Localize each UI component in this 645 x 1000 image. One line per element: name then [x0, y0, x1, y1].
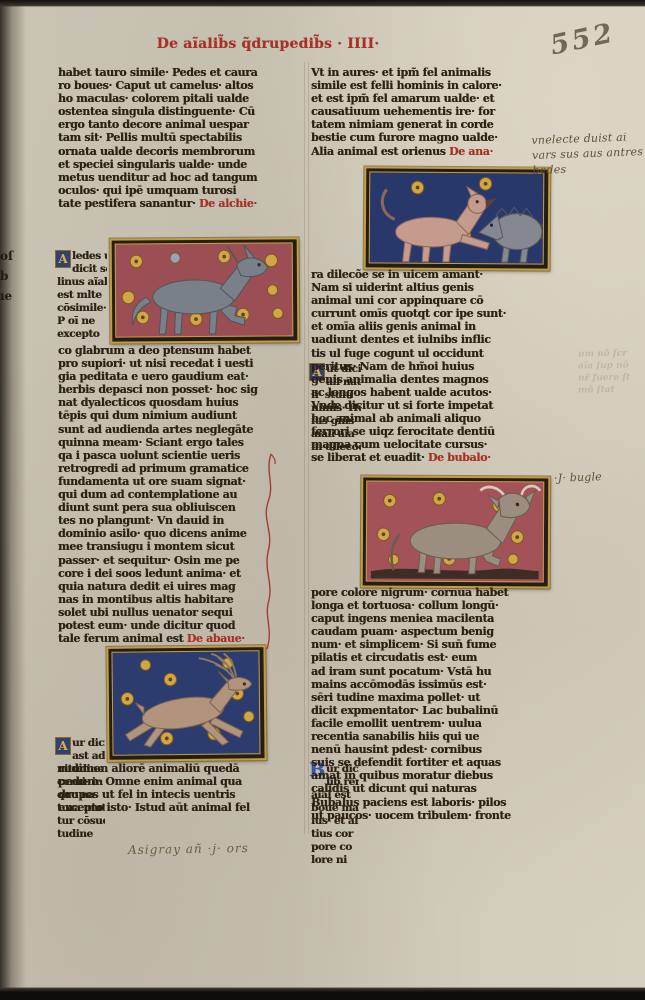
bottom-annotation: Asigray añ ·j· ors — [128, 841, 249, 857]
miniature-buffalo — [366, 481, 545, 583]
margin-note-upper: vnelecte duist aivars sus aus antresbede… — [531, 129, 645, 178]
text-line: sēri tudine maxima pollet· ut — [311, 691, 544, 704]
text-line: simile est felli hominis in calore· — [311, 79, 544, 92]
margin-note-bugle: ·J· bugle — [554, 469, 602, 486]
rubric-de-bubalo: De bubalo· — [428, 451, 491, 464]
beast-and-boar-illustration — [370, 172, 544, 263]
facing-page-fragments: oſbıe — [0, 246, 14, 306]
text-line: pore colore nigrum· cornua habet — [311, 586, 544, 599]
text-line: recentia sanabilis hiis qui ue — [311, 730, 544, 743]
text-line: drupes ut fel in intecis uentris — [58, 788, 302, 801]
text-line: P oī ne — [57, 315, 107, 328]
miniature-beast-boar — [369, 171, 545, 264]
paragraph-end-text: se liberat et euadit· — [311, 451, 428, 464]
text-line: tur cōsue — [57, 815, 105, 828]
text-line: calidis ut dicunt qui naturas — [311, 782, 544, 795]
text-line: sunt ad audienda artes neglegāte — [58, 423, 302, 436]
text-line: ra dilecõe se in uicem amant· — [311, 268, 544, 281]
text-line: pro supiori· ut nisi recedat i uesti — [58, 357, 302, 370]
text-line: magna cum uelocitate cursus· — [311, 438, 544, 451]
showthrough-line: mõ ſtat — [578, 383, 642, 396]
edge-mark: oſ — [0, 246, 14, 266]
edge-mark: ıe — [0, 286, 14, 306]
paragraph-end-text: Alia animal est orienus — [311, 145, 449, 158]
text-line: nat dyalecticos quosdam huius — [58, 396, 302, 409]
text-line: habet tauro simile· Pedes et caura — [58, 66, 302, 79]
text-line: tis ul fuge cogunt ul occidunt — [311, 347, 544, 360]
text-line: pedum· Omne enim animal qua — [58, 775, 302, 788]
text-line: tēpis qui dum nimium audiunt — [58, 409, 302, 422]
text-line: ostentea singula distinguente· Cū — [58, 105, 302, 118]
col2-paragraph-bubalo-body: pore colore nigrum· cornua habetlonga et… — [311, 586, 544, 822]
text-line: mains accōmodās issimūs est· — [311, 678, 544, 691]
text-line: herbis depasci non posset· hoc sig — [58, 383, 302, 396]
text-line: Alia animal est orienus De ana· — [311, 145, 544, 158]
text-line: excepto isto· Istud aūt animal fel — [58, 801, 302, 814]
miniature-stag — [111, 650, 260, 756]
text-line: Vnde dicitur ut si forte impetat — [311, 399, 544, 412]
text-line: caput ingens meniea macilenta — [311, 612, 544, 625]
text-line: pore co — [311, 841, 359, 854]
text-line: currunt omīs quotqt cor ipe sunt· — [311, 307, 544, 320]
text-line: suis se defendit fortiter et aquas — [311, 756, 544, 769]
miniature-stag-frame — [106, 645, 266, 762]
text-line: peritus· Nam de hm̃oi huius — [311, 360, 544, 373]
rubric-de-alchie: De alchie· — [199, 197, 257, 210]
miniature-ass-frame — [110, 237, 300, 343]
text-line: est mlte — [57, 289, 107, 302]
text-line: bestie cum furore magno ualde· — [311, 131, 544, 144]
text-line: tatem nimiam generat in corde — [311, 118, 544, 131]
text-line: co glabrum a deo ptensum habet — [58, 344, 302, 357]
ink-showthrough: um nõ ſcraĩa ſup nõnr̃ fuere ſtmõ ſtat — [578, 348, 642, 396]
col2-paragraph-top: Vt in aures· et ipm̃ fel animalissimile … — [311, 66, 544, 158]
page-top-edge — [0, 0, 645, 7]
miniature-frame-band — [366, 168, 549, 268]
rubric-de-ana: De ana· — [449, 145, 493, 158]
column-rule — [308, 62, 309, 834]
text-line: amat in quibus moratur diebus — [311, 769, 544, 782]
col1-paragraph-alchie: habet tauro simile· Pedes et cauraro bou… — [58, 66, 302, 210]
text-line: se liberat et euadit· De bubalo· — [311, 451, 544, 464]
manuscript-page: De aĩalib̃s q̃drupedib̃s · IIII· 552 oſb… — [0, 0, 645, 1000]
text-line: cōsimile· — [57, 302, 107, 315]
ass-illustration — [116, 243, 293, 336]
text-line: metus uenditur ad hoc ad tangum — [58, 171, 302, 184]
text-line: Nam si uiderint altius genis — [311, 281, 544, 294]
text-line: et omīa aliis genis animal in — [311, 320, 544, 333]
showthrough-line: nr̃ fuere ſt — [578, 371, 642, 384]
text-line: et est ipm̃ fel amarum ualde· et — [311, 92, 544, 105]
edge-mark: b — [0, 266, 14, 286]
text-line: tate pestifera sanantur· De alchie· — [58, 197, 302, 210]
text-line: oculos· qui ipē umquam turosi — [58, 184, 302, 197]
miniature-beast-boar-frame — [364, 166, 551, 270]
buffalo-illustration — [367, 482, 544, 582]
text-line: tam sit· Pellis multū spectabilis — [58, 131, 302, 144]
text-line: causatiuum uehementis ire· for — [311, 105, 544, 118]
text-line: ro boues· Caput ut camelus· altos — [58, 79, 302, 92]
text-line: ac longos habent ualde acutos· — [311, 386, 544, 399]
col1-paragraph-closing: rudimen aliorē animaliū quedāpedum· Omne… — [58, 762, 302, 814]
text-line: ornata ualde decoris membrorum — [58, 145, 302, 158]
showthrough-line: aĩa ſup nõ — [578, 359, 642, 372]
miniature-frame-band — [112, 239, 298, 341]
text-line: ut paucos· uocem tribulem· fronte — [311, 809, 544, 822]
text-line: linus aĩal — [57, 276, 107, 289]
text-line: ferrori se uiqz ferocitate dentiū — [311, 425, 544, 438]
margin-note-line: bedes — [532, 159, 644, 178]
column-rule — [304, 62, 305, 834]
decorated-initial-a: A — [56, 251, 70, 267]
text-line: quinna meam· Sciant ergo tales — [58, 436, 302, 449]
text-line: genis animalia dentes magnos — [311, 373, 544, 386]
text-line: ad iram sunt pocatum· Vstā hu — [311, 665, 544, 678]
text-line: rudimen aliorē animaliū quedā — [58, 762, 302, 775]
folio-number: 552 — [547, 18, 617, 62]
text-line: excepto — [57, 328, 107, 341]
text-line: hoc animal ab animali aliquo — [311, 412, 544, 425]
text-line: animal uni cor appinquare cō — [311, 294, 544, 307]
text-line: num· et simplicem· Si sun̄ fume — [311, 638, 544, 651]
page-bottom-edge — [0, 987, 645, 1000]
text-line: ergo tanto decore animal uespar — [58, 118, 302, 131]
miniature-frame-band — [363, 478, 549, 587]
text-line: Vt in aures· et ipm̃ fel animalis — [311, 66, 544, 79]
text-line: gia peditata e uero gaudium eat· — [58, 370, 302, 383]
red-pen-flourish — [263, 452, 277, 652]
text-line: Bubalus paciens est laboris· pilos — [311, 796, 544, 809]
page-title: De aĩalib̃s q̃drupedib̃s · IIII· — [118, 36, 418, 52]
text-line: tudine — [57, 828, 105, 841]
text-line: pilatis et circudatis est· eum — [311, 651, 544, 664]
paragraph-end-text: tale ferum animal est — [58, 632, 187, 645]
miniature-ass — [115, 242, 294, 337]
text-line: caudam puam· aspectum benig — [311, 625, 544, 638]
text-line: facile emollit uentrem· uulua — [311, 717, 544, 730]
text-line: longa et tortuosa· collum longū· — [311, 599, 544, 612]
col1-side-text-alchie: A ledes utdicit solinus aĩalest mltecōsi… — [57, 250, 107, 341]
book-gutter-shadow — [0, 0, 26, 1000]
stag-illustration — [112, 651, 259, 755]
text-line: tius cor — [311, 828, 359, 841]
showthrough-line: um nõ ſcr — [578, 347, 642, 360]
text-line: uadiunt dentes et iulnibs inflic — [311, 333, 544, 346]
text-line: dicit expmentator· Lac bubalinū — [311, 704, 544, 717]
decorated-initial-a: A — [56, 738, 70, 754]
rubric-de-abaue: De abaue· — [187, 632, 245, 645]
paragraph-end-text: tate pestifera sanantur· — [58, 197, 199, 210]
text-line: et speciei singularis ualde· unde — [58, 158, 302, 171]
miniature-buffalo-frame — [361, 476, 551, 589]
miniature-frame-band — [108, 647, 264, 760]
text-line: nenū hausint pdest· cornibus — [311, 743, 544, 756]
text-line: ho maculas· colorem pitali ualde — [58, 92, 302, 105]
text-line: lore ni — [311, 854, 359, 867]
col2-paragraph-bubalo-intro: ra dilecõe se in uicem amant·Nam si uide… — [311, 268, 544, 464]
